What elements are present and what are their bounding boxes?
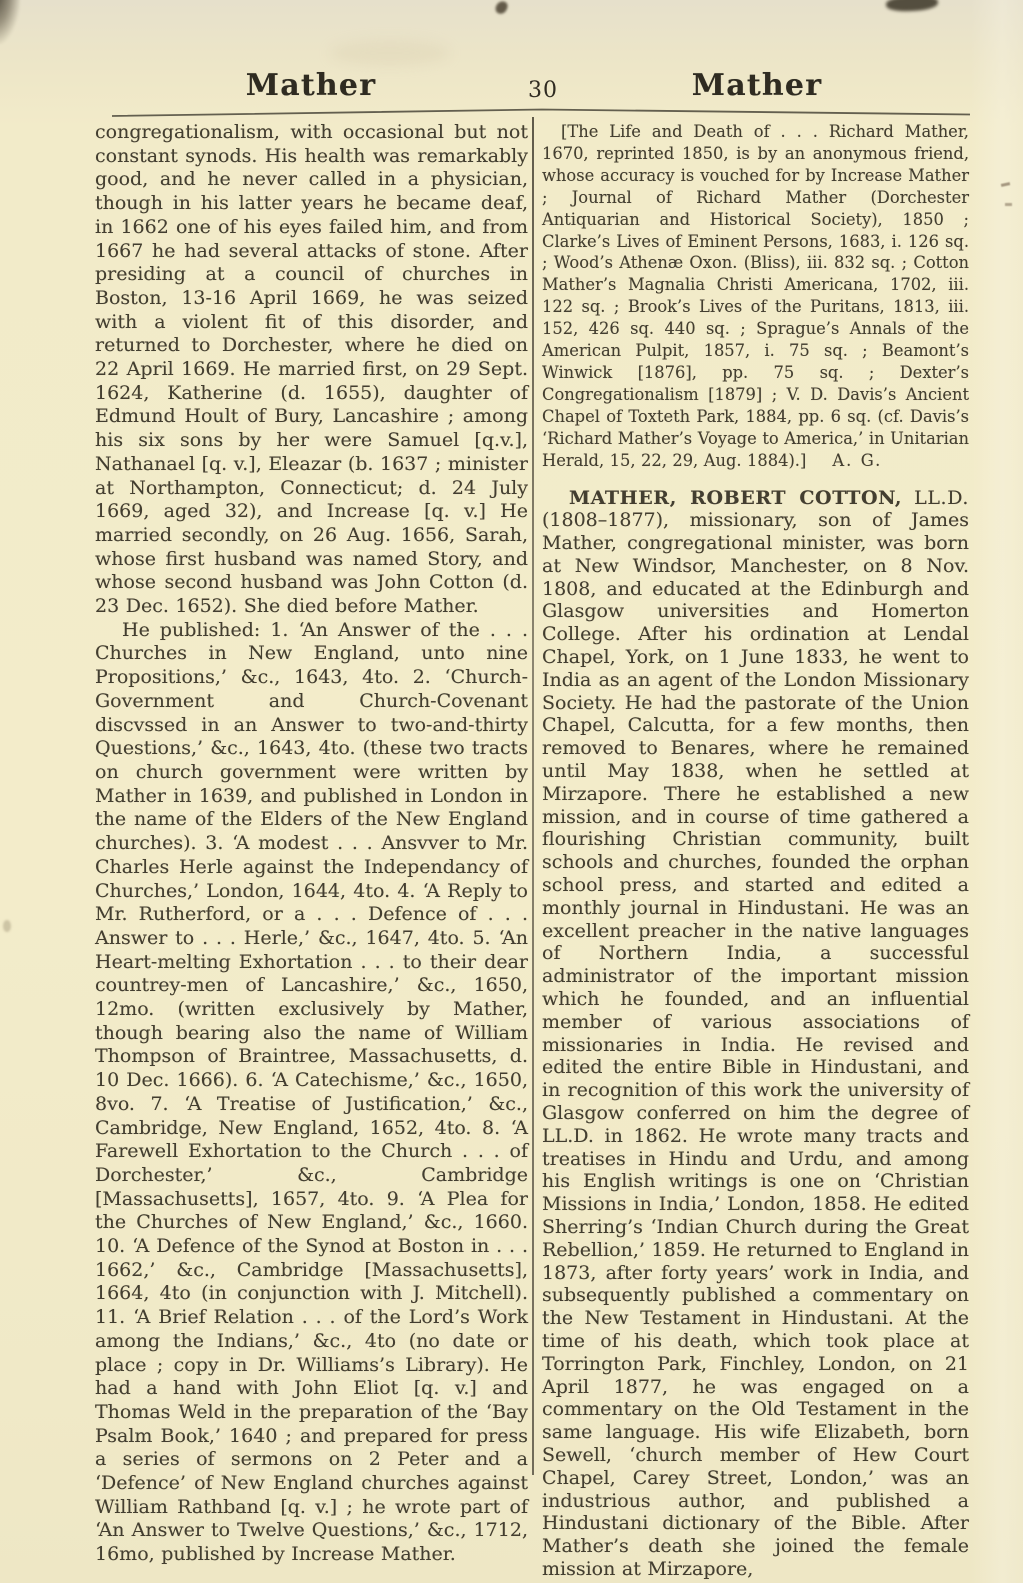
entry-headword-degree: LL.D. xyxy=(914,487,969,509)
scan-speck-right-edge-2 xyxy=(1005,203,1012,206)
running-head-right: Mather xyxy=(692,68,822,103)
bibliography-paragraph: [The Life and Death of . . . Richard Mat… xyxy=(542,121,969,472)
scan-smudge-top-right xyxy=(886,0,939,12)
header-rule xyxy=(112,107,970,121)
scan-speck-top-center xyxy=(494,0,509,16)
bibliography-text: [The Life and Death of . . . Richard Mat… xyxy=(542,122,969,470)
author-signature: A. G. xyxy=(832,451,882,470)
page-edge-light-band xyxy=(971,0,1023,1583)
entry-body: (1808–1877), missionary, son of James Ma… xyxy=(542,509,969,1580)
entry-headword: MATHER, ROBERT COTTON, xyxy=(569,487,902,509)
page-number: 30 xyxy=(528,78,558,103)
paragraph-continuation: congregationalism, with occasional but n… xyxy=(95,121,528,619)
paragraph-works-list: He published: 1. ‘An Answer of the . . .… xyxy=(95,619,528,1567)
scan-speck-left-edge xyxy=(3,920,11,932)
book-page: Mather 30 Mather congregationalism, with… xyxy=(0,0,1023,1583)
scan-smudge-top-left xyxy=(0,0,20,44)
entry-paragraph: MATHER, ROBERT COTTON, LL.D. (1808–1877)… xyxy=(542,487,969,1581)
column-divider xyxy=(532,117,534,1475)
running-head-left: Mather xyxy=(246,68,376,103)
left-column: congregationalism, with occasional but n… xyxy=(95,121,528,1567)
paper-stain xyxy=(330,40,450,66)
scan-speck-right-edge xyxy=(1001,182,1010,187)
right-column: [The Life and Death of . . . Richard Mat… xyxy=(542,121,969,1581)
